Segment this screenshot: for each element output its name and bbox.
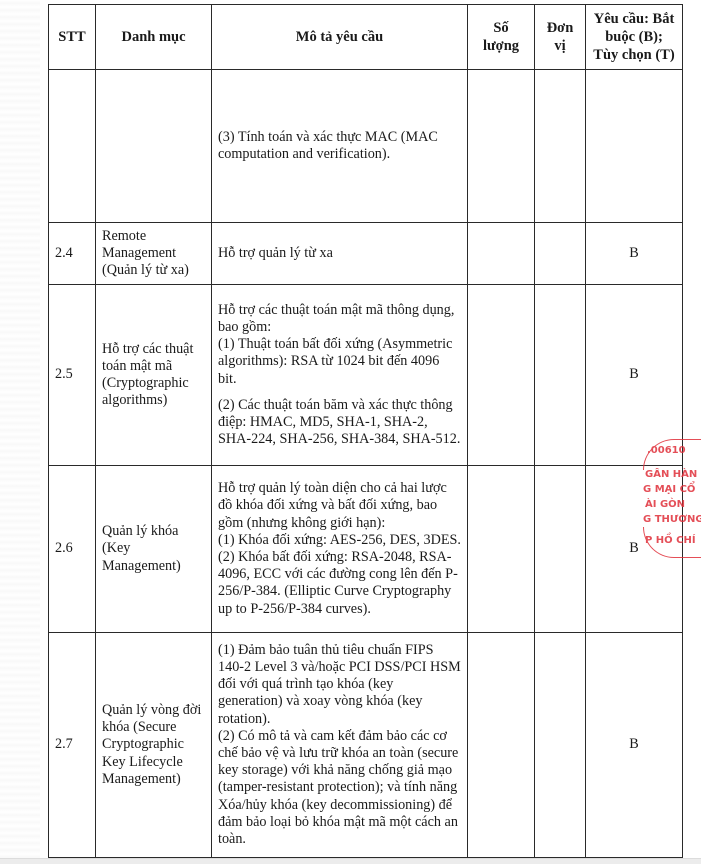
cell-stt: 2.7: [49, 633, 96, 858]
description-paragraph: (2) Có mô tả và cam kết đảm bảo các cơ c…: [218, 728, 461, 848]
cell-unit: [535, 466, 586, 633]
description-paragraph: Hỗ trợ các thuật toán mật mã thông dụng,…: [218, 302, 461, 336]
cell-stt: 2.4: [49, 223, 96, 285]
cell-quantity: [468, 285, 535, 466]
cell-description: Hỗ trợ quản lý toàn diện cho cả hai lược…: [212, 466, 468, 633]
cell-requirement: B: [586, 633, 683, 858]
cell-unit: [535, 633, 586, 858]
header-description: Mô tả yêu cầu: [212, 5, 468, 70]
cell-category: Quản lý vòng đời khóa (Secure Cryptograp…: [96, 633, 212, 858]
scan-margin-noise: [0, 0, 40, 860]
table-header-row: STT Danh mục Mô tả yêu cầu Số lượng Đơn …: [49, 5, 683, 70]
description-paragraph: (3) Tính toán và xác thực MAC (MAC compu…: [218, 129, 461, 163]
header-requirement-line: buộc (B);: [605, 29, 663, 45]
cell-unit: [535, 70, 586, 223]
seal-arc-bottom: [643, 527, 701, 558]
header-quantity: Số lượng: [468, 5, 535, 70]
header-requirement-line: Tùy chọn (T): [593, 47, 674, 63]
header-unit: Đơn vị: [535, 5, 586, 70]
seal-text: GÂN HÀN: [645, 467, 697, 482]
description-paragraph: Hỗ trợ quản lý từ xa: [218, 245, 461, 262]
cell-requirement: B: [586, 223, 683, 285]
table-row: 2.6 Quản lý khóa (Key Management) Hỗ trợ…: [49, 466, 683, 633]
cell-unit: [535, 285, 586, 466]
header-quantity-line: Số: [493, 20, 508, 36]
header-requirement-line: Yêu cầu: Bắt: [594, 11, 675, 27]
seal-text: .00610: [647, 443, 686, 458]
description-paragraph: (1) Đảm bảo tuân thủ tiêu chuẩn FIPS 140…: [218, 642, 461, 728]
seal-text: G THƯƠNG: [643, 512, 701, 527]
cell-requirement: [586, 70, 683, 223]
description-paragraph: (1) Thuật toán bất đối xứng (Asymmetric …: [218, 336, 461, 388]
cell-quantity: [468, 466, 535, 633]
description-paragraph: (2) Các thuật toán băm và xác thực thông…: [218, 397, 461, 449]
header-unit-line: vị: [554, 38, 565, 54]
table-row: 2.4 Remote Management (Quản lý từ xa) Hỗ…: [49, 223, 683, 285]
description-paragraph: (2) Khóa bất đối xứng: RSA-2048, RSA-409…: [218, 549, 461, 618]
seal-text: ÀI GÒN: [645, 497, 685, 512]
cell-category: Quản lý khóa (Key Management): [96, 466, 212, 633]
page-bottom-edge: [0, 858, 701, 864]
header-stt: STT: [49, 5, 96, 70]
cell-stt: [49, 70, 96, 223]
cell-category: Hỗ trợ các thuật toán mật mã (Cryptograp…: [96, 285, 212, 466]
cell-quantity: [468, 70, 535, 223]
cell-stt: 2.6: [49, 466, 96, 633]
cell-quantity: [468, 633, 535, 858]
cell-description: Hỗ trợ quản lý từ xa: [212, 223, 468, 285]
cell-description: (1) Đảm bảo tuân thủ tiêu chuẩn FIPS 140…: [212, 633, 468, 858]
cell-category: [96, 70, 212, 223]
description-paragraph: (1) Khóa đối xứng: AES-256, DES, 3DES.: [218, 532, 461, 549]
cell-description: Hỗ trợ các thuật toán mật mã thông dụng,…: [212, 285, 468, 466]
header-requirement: Yêu cầu: Bắt buộc (B); Tùy chọn (T): [586, 5, 683, 70]
cell-category: Remote Management (Quản lý từ xa): [96, 223, 212, 285]
header-unit-line: Đơn: [547, 20, 574, 36]
seal-text: G MẠI CỔ: [643, 482, 695, 497]
cell-unit: [535, 223, 586, 285]
table-row: 2.5 Hỗ trợ các thuật toán mật mã (Crypto…: [49, 285, 683, 466]
red-company-seal: .00610 GÂN HÀN G MẠI CỔ ÀI GÒN G THƯƠNG …: [643, 437, 701, 555]
table-row: 2.7 Quản lý vòng đời khóa (Secure Crypto…: [49, 633, 683, 858]
requirements-table: STT Danh mục Mô tả yêu cầu Số lượng Đơn …: [48, 4, 683, 858]
header-quantity-line: lượng: [483, 38, 519, 54]
header-category: Danh mục: [96, 5, 212, 70]
table-row: (3) Tính toán và xác thực MAC (MAC compu…: [49, 70, 683, 223]
cell-quantity: [468, 223, 535, 285]
cell-description: (3) Tính toán và xác thực MAC (MAC compu…: [212, 70, 468, 223]
description-paragraph: Hỗ trợ quản lý toàn diện cho cả hai lược…: [218, 480, 461, 532]
cell-stt: 2.5: [49, 285, 96, 466]
